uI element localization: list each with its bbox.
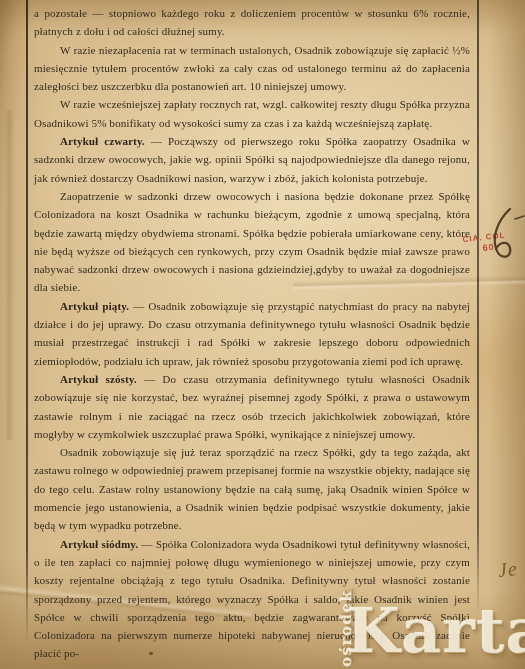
paragraph-text: W razie wcześniejszej zapłaty rocznych r… [34, 99, 470, 129]
contract-paragraph-article-4: Artykuł czwarty. — Począwszy od pierwsze… [34, 133, 470, 188]
paragraph-text: a pozostałe — stopniowo każdego roku z d… [34, 8, 470, 38]
left-margin-rule-line [26, 0, 28, 644]
article-heading: Artykuł czwarty. [60, 136, 145, 148]
article-heading: Artykuł siódmy. [60, 539, 138, 551]
contract-paragraph: a pozostałe — stopniowo każdego roku z d… [34, 5, 470, 42]
paragraph-text: Zaopatrzenie w sadzonki drzew owocowych … [34, 191, 470, 294]
right-margin-rule-line [477, 0, 479, 616]
watermark-karta-logo: Karta [347, 601, 525, 663]
document-page: a pozostałe — stopniowo każdego roku z d… [0, 0, 525, 669]
contract-paragraph: W razie wcześniejszej zapłaty rocznych r… [34, 96, 470, 133]
contract-paragraph-article-5: Artykuł piąty. — Osadnik zobowiązuje się… [34, 298, 470, 371]
paper-crease [5, 110, 14, 440]
paragraph-text: W razie niezapłacenia rat w terminach us… [34, 45, 470, 94]
contract-paragraph: Osadnik zobowiązuje się już teraz sporzą… [34, 444, 470, 535]
scanned-contract-page: { "page": { "paragraphs": [ { "lead": ""… [0, 0, 525, 669]
article-heading: Artykuł piąty. [60, 301, 129, 313]
contract-paragraph: Zaopatrzenie w sadzonki drzew owocowych … [34, 188, 470, 298]
paragraph-text: Osadnik zobowiązuje się już teraz sporzą… [34, 447, 470, 532]
paper-speck [149, 652, 153, 655]
contract-paragraph-article-6: Artykuł szósty. — Do czasu otrzymania de… [34, 371, 470, 444]
article-heading: Artykuł szósty. [60, 374, 137, 386]
contract-paragraph: W razie niezapłacenia rat w terminach us… [34, 42, 470, 97]
contract-text-block: a pozostałe — stopniowo każdego roku z d… [34, 5, 470, 664]
ink-flourish-mark [481, 206, 525, 266]
margin-handwriting: Je [497, 558, 519, 583]
